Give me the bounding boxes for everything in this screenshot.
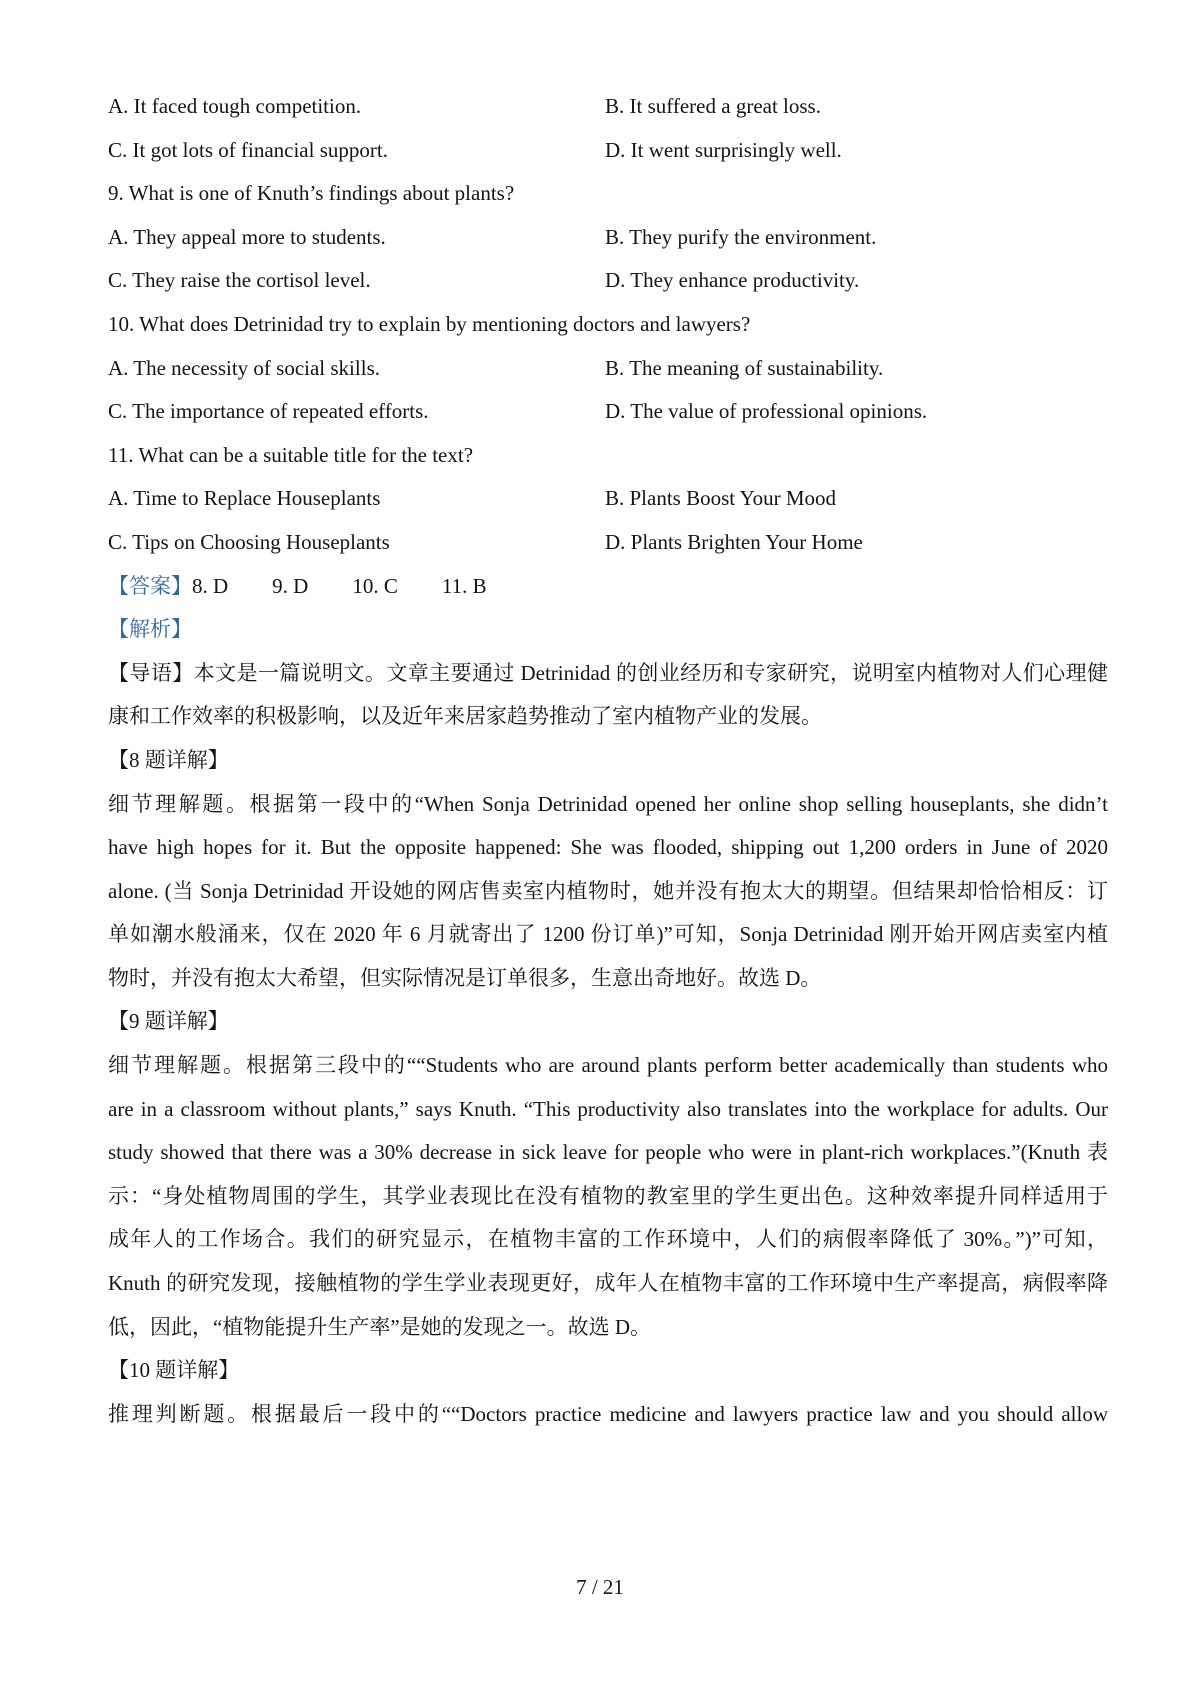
body-line: 物时，并没有抱太大希望，但实际情况是订单很多，生意出奇地好。故选 D。 <box>108 957 1108 1001</box>
answer-item: 10. C <box>352 574 398 598</box>
options-row: A. They appeal more to students.B. They … <box>108 216 1108 260</box>
option-left: C. The importance of repeated efforts. <box>108 390 605 434</box>
body-line-justified: 单如潮水般涌来，仅在 2020 年 6 月就寄出了 1200 份订单)”可知，S… <box>108 913 1108 957</box>
body-line-justified: 成年人的工作场合。我们的研究显示，在植物丰富的工作环境中，人们的病假率降低了 3… <box>108 1218 1108 1262</box>
option-left: C. They raise the cortisol level. <box>108 259 605 303</box>
analysis-label: 【解析】 <box>108 608 1108 652</box>
body-line: 康和工作效率的积极影响，以及近年来居家趋势推动了室内植物产业的发展。 <box>108 695 1108 739</box>
option-left: C. It got lots of financial support. <box>108 129 605 173</box>
answer-item: 9. D <box>272 574 308 598</box>
question-line: 【8 题详解】 <box>108 739 1108 783</box>
option-right: B. The meaning of sustainability. <box>605 356 883 380</box>
answer-label: 【答案】 <box>108 574 192 598</box>
question-line: 11. What can be a suitable title for the… <box>108 434 1108 478</box>
answer-item: 11. B <box>442 574 487 598</box>
option-left: A. The necessity of social skills. <box>108 347 605 391</box>
option-right: D. The value of professional opinions. <box>605 399 927 423</box>
body-line-justified: 细节理解题。根据第一段中的“When Sonja Detrinidad open… <box>108 783 1108 827</box>
options-row: A. Time to Replace HouseplantsB. Plants … <box>108 477 1108 521</box>
document-body: A. It faced tough competition.B. It suff… <box>108 85 1108 1436</box>
body-line-justified: are in a classroom without plants,” says… <box>108 1088 1108 1132</box>
option-right: B. It suffered a great loss. <box>605 94 821 118</box>
question-line: 10. What does Detrinidad try to explain … <box>108 303 1108 347</box>
body-line: 低，因此，“植物能提升生产率”是她的发现之一。故选 D。 <box>108 1306 1108 1350</box>
page-number: 7 / 21 <box>0 1566 1200 1610</box>
options-row: A. The necessity of social skills.B. The… <box>108 347 1108 391</box>
body-line-justified: 【导语】本文是一篇说明文。文章主要通过 Detrinidad 的创业经历和专家研… <box>108 652 1108 696</box>
answer-item: 8. D <box>192 574 228 598</box>
question-line: 【9 题详解】 <box>108 1000 1108 1044</box>
option-left: A. It faced tough competition. <box>108 85 605 129</box>
options-row: A. It faced tough competition.B. It suff… <box>108 85 1108 129</box>
body-line-justified: Knuth 的研究发现，接触植物的学生学业表现更好，成年人在植物丰富的工作环境中… <box>108 1262 1108 1306</box>
body-line-justified: alone. (当 Sonja Detrinidad 开设她的网店售卖室内植物时… <box>108 870 1108 914</box>
question-line: 9. What is one of Knuth’s findings about… <box>108 172 1108 216</box>
option-right: D. Plants Brighten Your Home <box>605 530 863 554</box>
options-row: C. Tips on Choosing HouseplantsD. Plants… <box>108 521 1108 565</box>
body-line-justified: study showed that there was a 30% decrea… <box>108 1131 1108 1175</box>
body-line-justified: have high hopes for it. But the opposite… <box>108 826 1108 870</box>
option-right: B. Plants Boost Your Mood <box>605 486 836 510</box>
options-row: C. The importance of repeated efforts.D.… <box>108 390 1108 434</box>
body-line-justified: 示：“身处植物周围的学生，其学业表现比在没有植物的教室里的学生更出色。这种效率提… <box>108 1175 1108 1219</box>
option-left: C. Tips on Choosing Houseplants <box>108 521 605 565</box>
options-row: C. They raise the cortisol level.D. They… <box>108 259 1108 303</box>
option-right: B. They purify the environment. <box>605 225 876 249</box>
options-row: C. It got lots of financial support.D. I… <box>108 129 1108 173</box>
body-line-justified: 细节理解题。根据第三段中的““Students who are around p… <box>108 1044 1108 1088</box>
option-left: A. Time to Replace Houseplants <box>108 477 605 521</box>
question-line: 【10 题详解】 <box>108 1349 1108 1393</box>
body-line-justified: 推理判断题。根据最后一段中的““Doctors practice medicin… <box>108 1393 1108 1437</box>
option-right: D. It went surprisingly well. <box>605 138 842 162</box>
option-left: A. They appeal more to students. <box>108 216 605 260</box>
answer-row: 【答案】8. D9. D10. C11. B <box>108 565 1108 609</box>
option-right: D. They enhance productivity. <box>605 268 859 292</box>
